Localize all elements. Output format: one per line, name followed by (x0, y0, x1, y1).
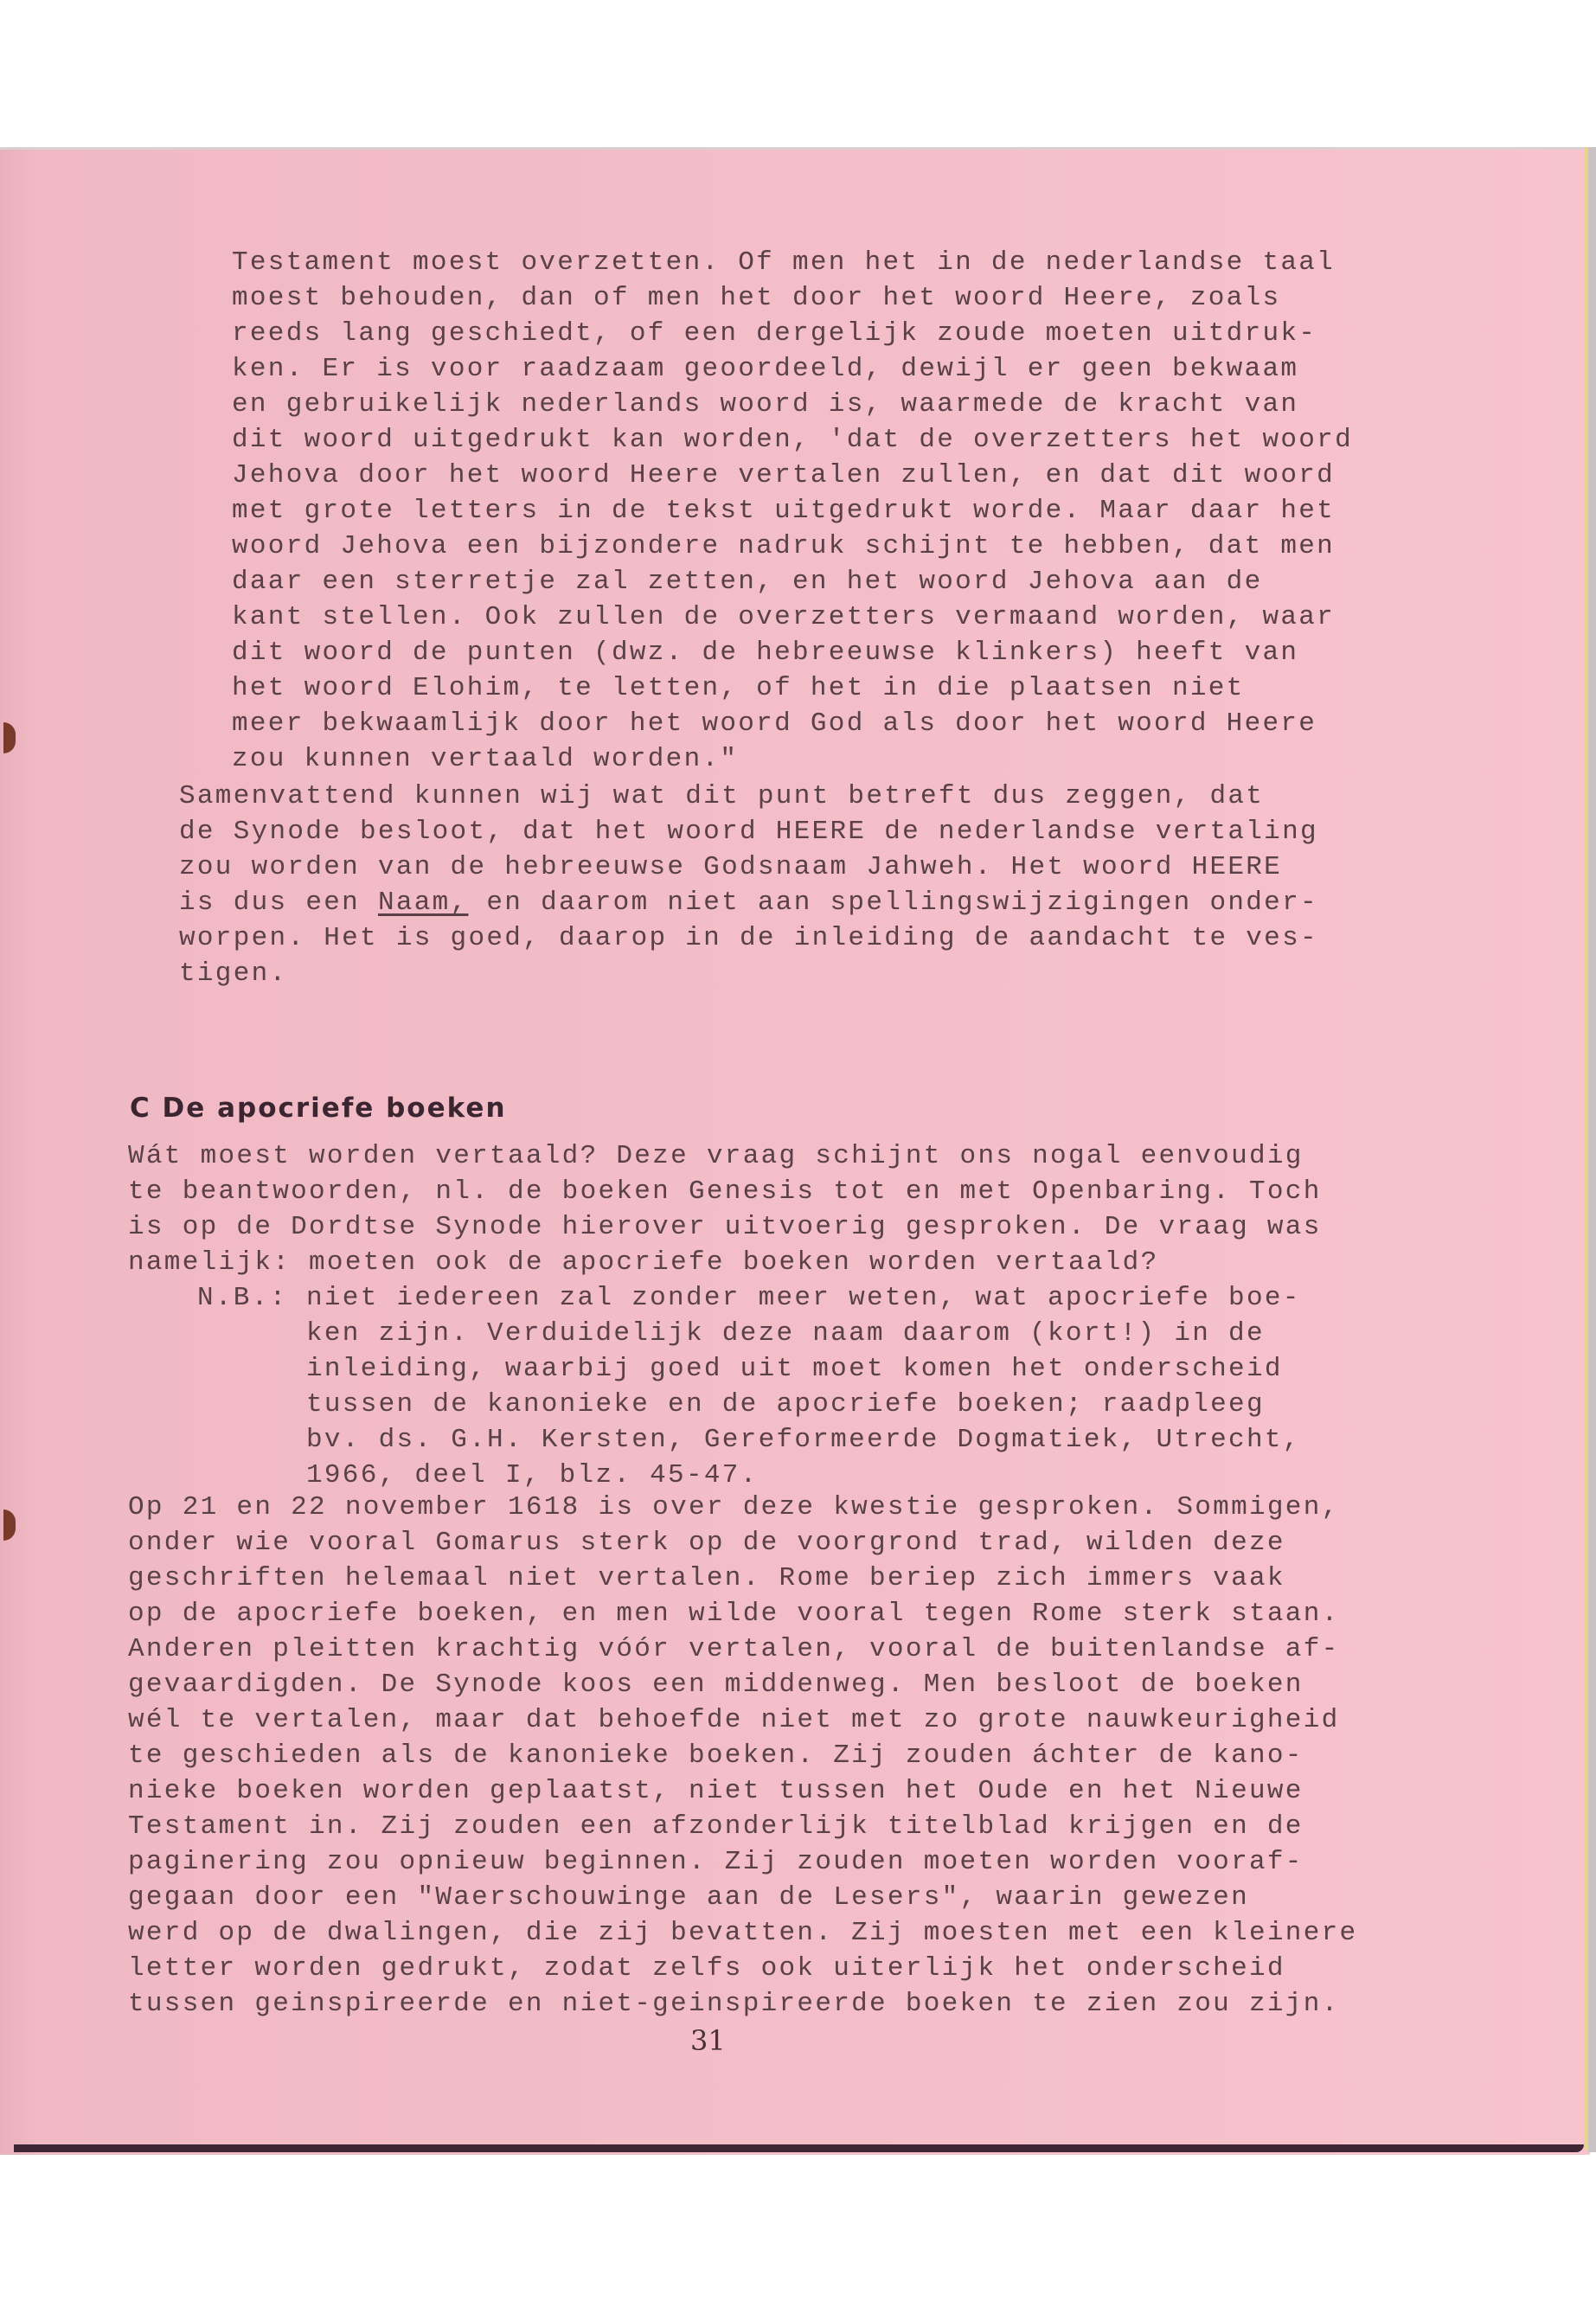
text-line: letter worden gedrukt, zodat zelfs ook u… (128, 1951, 1357, 1986)
text-line: Jehova door het woord Heere vertalen zul… (232, 458, 1353, 493)
text-line: met grote letters in de tekst uitgedrukt… (232, 493, 1353, 529)
text-line: tigen. (179, 956, 1318, 991)
page-bottom-edge (14, 2144, 1584, 2152)
text-line: zou kunnen vertaald worden." (232, 741, 1353, 777)
text-line: paginering zou opnieuw beginnen. Zij zou… (128, 1844, 1357, 1880)
text-line: het woord Elohim, te letten, of het in d… (232, 670, 1353, 706)
text-line: kant stellen. Ook zullen de overzetters … (232, 599, 1353, 635)
text-line: nieke boeken worden geplaatst, niet tuss… (128, 1773, 1357, 1809)
text-line: Testament in. Zij zouden een afzonderlij… (128, 1809, 1357, 1844)
text-line: 1966, deel I, blz. 45-47. (306, 1458, 1301, 1493)
text-line: zou worden van de hebreeuwse Godsnaam Ja… (179, 849, 1318, 885)
text-line: te geschieden als de kanonieke boeken. Z… (128, 1738, 1357, 1773)
text-line: is dus een Naam, en daarom niet aan spel… (179, 885, 1318, 920)
text-line: dit woord uitgedrukt kan worden, 'dat de… (232, 422, 1353, 458)
text-line: worpen. Het is goed, daarop in de inleid… (179, 920, 1318, 956)
summary-block: Samenvattend kunnen wij wat dit punt bet… (179, 779, 1318, 991)
text-line: moest behouden, dan of men het door het … (232, 280, 1353, 316)
text-line: tussen de kanonieke en de apocriefe boek… (306, 1387, 1301, 1422)
text-line: Wát moest worden vertaald? Deze vraag sc… (128, 1138, 1322, 1174)
text-line: dit woord de punten (dwz. de hebreeuwse … (232, 635, 1353, 670)
text-line: de Synode besloot, dat het woord HEERE d… (179, 814, 1318, 849)
section-intro: Wát moest worden vertaald? Deze vraag sc… (128, 1138, 1322, 1280)
page-number: 31 (690, 2024, 726, 2057)
text-line: woord Jehova een bijzondere nadruk schij… (232, 529, 1353, 564)
nb-label: N.B.: (197, 1280, 288, 1316)
section-heading: C De apocriefe boeken (130, 1093, 507, 1124)
text-line: is op de Dordtse Synode hierover uitvoer… (128, 1209, 1322, 1245)
text-fragment: is dus een (179, 888, 378, 918)
text-line: daar een sterretje zal zetten, en het wo… (232, 564, 1353, 599)
text-line: reeds lang geschiedt, of een dergelijk z… (232, 316, 1353, 351)
text-line: inleiding, waarbij goed uit moet komen h… (306, 1351, 1301, 1387)
text-line: ken zijn. Verduidelijk deze naam daarom … (306, 1316, 1301, 1351)
underlined-word: Naam, (378, 888, 469, 918)
text-line: wél te vertalen, maar dat behoefde niet … (128, 1702, 1357, 1738)
text-line: gegaan door een "Waerschouwinge aan de L… (128, 1880, 1357, 1915)
text-line: tussen geinspireerde en niet-geinspireer… (128, 1986, 1357, 2022)
quote-block: Testament moest overzetten. Of men het i… (232, 245, 1353, 777)
text-line: ken. Er is voor raadzaam geoordeeld, dew… (232, 351, 1353, 387)
text-line: Anderen pleitten krachtig vóór vertalen,… (128, 1631, 1357, 1667)
text-fragment: en daarom niet aan spellingswijzigingen … (468, 888, 1317, 918)
text-line: werd op de dwalingen, die zij bevatten. … (128, 1915, 1357, 1951)
text-line: en gebruikelijk nederlands woord is, waa… (232, 387, 1353, 422)
text-line: te beantwoorden, nl. de boeken Genesis t… (128, 1174, 1322, 1209)
text-line: bv. ds. G.H. Kersten, Gereformeerde Dogm… (306, 1422, 1301, 1458)
nb-note: niet iedereen zal zonder meer weten, wat… (306, 1280, 1301, 1493)
text-line: onder wie vooral Gomarus sterk op de voo… (128, 1525, 1357, 1561)
text-line: meer bekwaamlijk door het woord God als … (232, 706, 1353, 741)
text-line: Testament moest overzetten. Of men het i… (232, 245, 1353, 280)
text-line: niet iedereen zal zonder meer weten, wat… (306, 1280, 1301, 1316)
text-line: geschriften helemaal niet vertalen. Rome… (128, 1561, 1357, 1596)
section-body: Op 21 en 22 november 1618 is over deze k… (128, 1490, 1357, 2022)
text-line: op de apocriefe boeken, en men wilde voo… (128, 1596, 1357, 1631)
text-line: Op 21 en 22 november 1618 is over deze k… (128, 1490, 1357, 1525)
text-line: gevaardigden. De Synode koos een middenw… (128, 1667, 1357, 1702)
text-line: Samenvattend kunnen wij wat dit punt bet… (179, 779, 1318, 814)
page-right-shadow (1588, 147, 1596, 2152)
text-line: namelijk: moeten ook de apocriefe boeken… (128, 1245, 1322, 1280)
